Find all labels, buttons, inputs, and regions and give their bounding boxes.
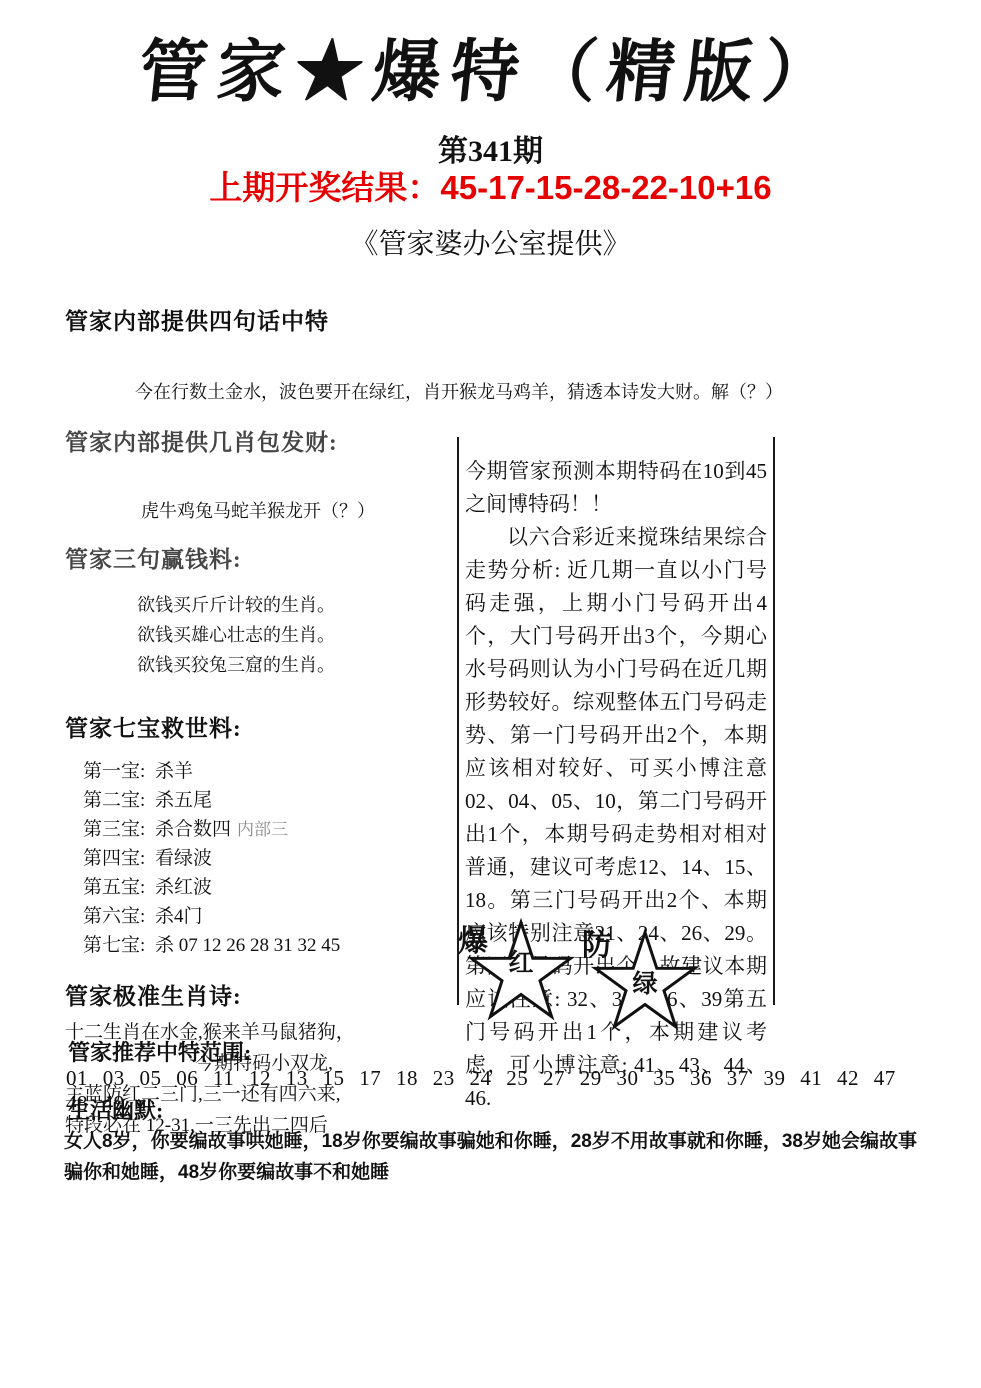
star-green-label: 绿 — [632, 964, 657, 1000]
treasure-label: 第六宝: — [83, 902, 155, 931]
seven-treasures-list: 第一宝:杀羊 第二宝:杀五尾 第三宝:杀合数四内部三 第四宝:看绿波 第五宝:杀… — [65, 757, 463, 960]
section-heading-zodiac-poem: 管家极准生肖诗: — [65, 978, 463, 1011]
burst-red-star: 爆 红 — [456, 912, 584, 1032]
sheet-title: 管家★爆特（精版） — [0, 18, 981, 115]
money-sentence-line: 欲钱买雄心壮志的生肖。 — [137, 620, 463, 650]
treasure-label: 第七宝: — [83, 931, 155, 960]
treasure-value: 杀 07 12 26 28 31 32 45 — [155, 935, 340, 956]
treasure-label: 第二宝: — [83, 786, 155, 815]
section-heading-recommend-range: 管家推荐中特范围: — [68, 1036, 251, 1067]
last-draw-result-label: 上期开奖结果： — [209, 169, 440, 206]
treasure-value: 杀羊 — [155, 761, 193, 782]
section-heading-money-sentences: 管家三句赢钱料: — [65, 541, 463, 574]
section-heading-seven-treasures: 管家七宝救世料: — [65, 710, 463, 743]
tip-sheet-page: 管家★爆特（精版） 第341期 上期开奖结果：45-17-15-28-22-10… — [0, 0, 981, 1388]
section-heading-zodiac-fortune: 管家内部提供几肖包发财: — [65, 424, 463, 457]
star-red-label: 红 — [508, 943, 533, 979]
section-heading-four-sentences: 管家内部提供四句话中特 — [65, 303, 463, 336]
star-icon: 绿 — [590, 928, 700, 1036]
treasure-row: 第四宝:看绿波 — [83, 844, 463, 873]
star-icon: 红 — [466, 918, 576, 1026]
treasure-value: 看绿波 — [155, 848, 212, 869]
treasure-label: 第四宝: — [83, 844, 155, 873]
recommend-numbers: 01 03 05 06 11 12 13 15 17 18 23 24 25 2… — [66, 1066, 926, 1116]
money-sentence-line: 欲钱买狡兔三窟的生肖。 — [137, 650, 463, 680]
analysis-intro: 今期管家预测本期特码在10到45之间博特码！！ — [465, 455, 767, 521]
treasure-row: 第三宝:杀合数四内部三 — [83, 815, 463, 844]
treasure-value: 杀五尾 — [155, 790, 212, 811]
treasure-label: 第五宝: — [83, 873, 155, 902]
treasure-value: 杀4门 — [155, 906, 203, 927]
left-column: 管家内部提供四句话中特 今在行数土金水，波色要开在绿红，肖开猴龙马鸡羊，猜透本诗… — [65, 303, 463, 1141]
zodiac-fortune-body: 虎牛鸡兔马蛇羊猴龙开（？） — [65, 497, 463, 523]
treasure-row: 第五宝:杀红波 — [83, 873, 463, 902]
treasure-label: 第三宝: — [83, 815, 155, 844]
treasure-value: 杀合数四 — [155, 819, 231, 840]
treasure-value: 杀红波 — [155, 877, 212, 898]
provider-line: 《管家婆办公室提供》 — [0, 222, 981, 262]
humor-body: 女人8岁，你要编故事哄她睡，18岁你要编故事骗她和你睡，28岁不用故事就和你睡，… — [64, 1126, 926, 1188]
treasure-row: 第七宝:杀 07 12 26 28 31 32 45 — [83, 931, 463, 960]
treasure-row: 第六宝:杀4门 — [83, 902, 463, 931]
last-draw-result: 上期开奖结果：45-17-15-28-22-10+16 — [0, 162, 981, 209]
section-heading-humor: 生活幽默: — [68, 1094, 163, 1125]
treasure-note: 内部三 — [237, 820, 288, 839]
prevent-green-star: 防 绿 — [580, 912, 708, 1032]
treasure-row: 第二宝:杀五尾 — [83, 786, 463, 815]
last-draw-result-value: 45-17-15-28-22-10+16 — [440, 169, 771, 206]
money-sentences-list: 欲钱买斤斤计较的生肖。 欲钱买雄心壮志的生肖。 欲钱买狡兔三窟的生肖。 — [65, 590, 463, 680]
treasure-label: 第一宝: — [83, 757, 155, 786]
four-sentences-body: 今在行数土金水，波色要开在绿红，肖开猴龙马鸡羊，猜透本诗发大财。解（？） — [65, 378, 463, 404]
money-sentence-line: 欲钱买斤斤计较的生肖。 — [137, 590, 463, 620]
stars-row: 爆 红 防 绿 — [456, 912, 708, 1032]
treasure-row: 第一宝:杀羊 — [83, 757, 463, 786]
